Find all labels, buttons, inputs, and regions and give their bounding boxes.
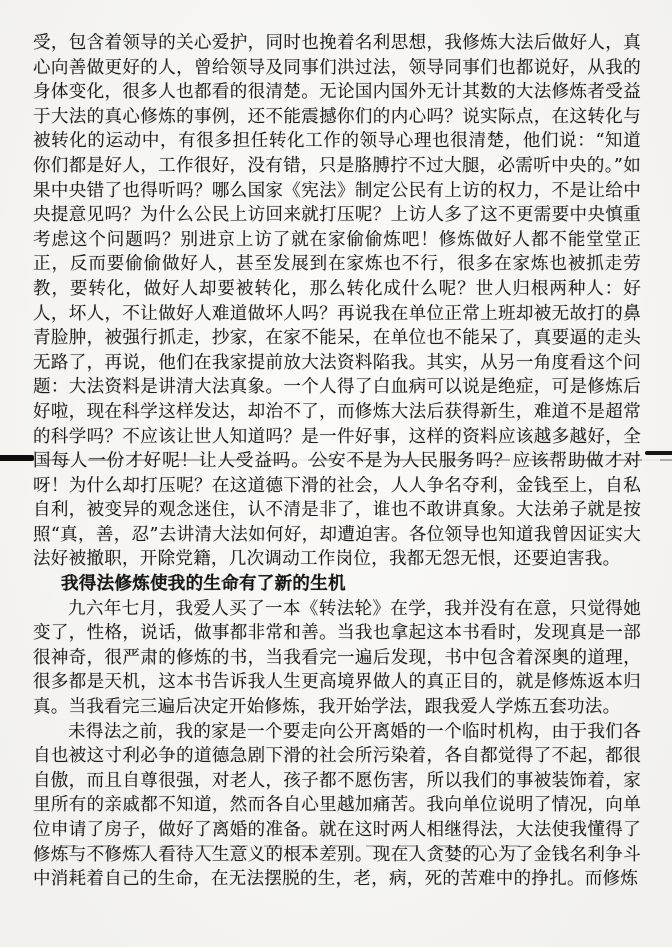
section-heading: 我得法修炼使我的生命有了新的生机 [33,572,641,597]
body-paragraph-3: 未得法之前，我的家是一个要走向公开离婚的一个临时机构，由于我们各自也被这寸利必争… [33,720,641,892]
scanned-document-page: 受，包含着领导的关心爱护，同时也挽着名利思想，我修炼大法后做好人，真心向善做更好… [0,0,672,947]
body-paragraph-continuation: 受，包含着领导的关心爱护，同时也挽着名利思想，我修炼大法后做好人，真心向善做更好… [33,31,641,572]
scan-crease-mark-right [645,451,672,455]
scan-crease-mark-left [0,455,34,461]
body-paragraph-2: 九六年七月，我爱人买了一本《转法轮》在学，我并没有在意，只觉得她变了，性格，说话… [33,597,641,720]
document-body-text: 受，包含着领导的关心爱护，同时也挽着名利思想，我修炼大法后做好人，真心向善做更好… [33,31,641,892]
